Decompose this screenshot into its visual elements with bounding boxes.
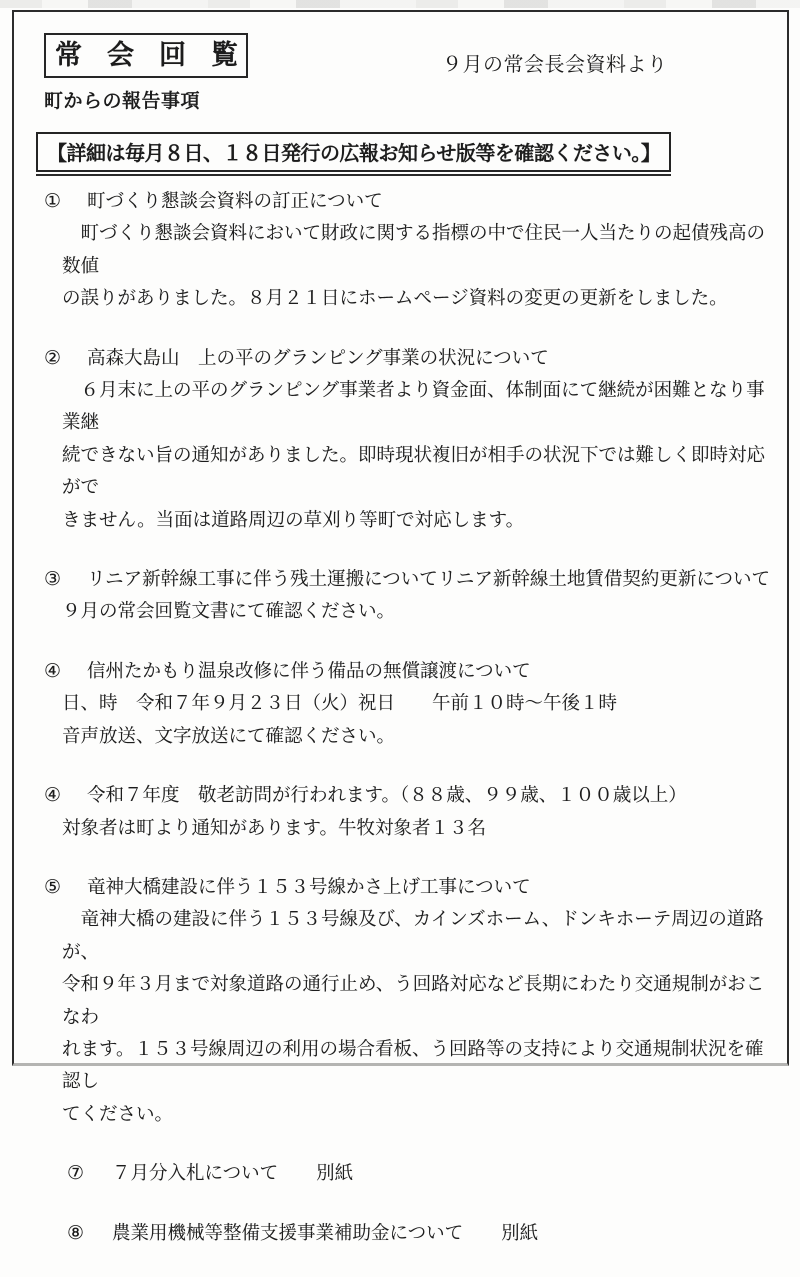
title-box: 常 会 回 覧 xyxy=(44,33,248,78)
report-heading: 町からの報告事項 xyxy=(44,86,200,113)
section-number: ⑤ xyxy=(44,872,87,904)
notice-box: 【詳細は毎月８日、１８日発行の広報お知らせ版等を確認ください。】 xyxy=(36,132,671,172)
section-head: ① 町づくり懇談会資料の訂正について xyxy=(44,186,777,218)
section-title: 信州たかもり温泉改修に伴う備品の無償譲渡について xyxy=(87,656,531,688)
document-title: 常 会 回 覧 xyxy=(55,40,237,70)
section-head: ④ 令和７年度 敬老訪問が行われます。（８８歳、９９歳、１００歳以上） xyxy=(44,780,777,812)
section-4: ④ 信州たかもり温泉改修に伴う備品の無償譲渡について 日、時 令和７年９月２３日… xyxy=(44,656,777,753)
section-title: 高森大島山 上の平のグランピング事業の状況について xyxy=(87,343,549,375)
section-title: リニア新幹線工事に伴う残土運搬についてリニア新幹線土地賃借契約更新について xyxy=(87,564,770,596)
section-body: ６月末に上の平のグランピング事業者より資金面、体制面にて継続が困難となり事業継 … xyxy=(44,375,777,537)
section-number: ② xyxy=(44,343,87,375)
section-title: 町づくり懇談会資料の訂正について xyxy=(87,186,383,218)
section-body: ９月の常会回覧文書にて確認ください。 xyxy=(44,596,777,628)
section-body: 対象者は町より通知があります。牛牧対象者１３名 xyxy=(44,813,777,845)
section-head: ② 高森大島山 上の平のグランピング事業の状況について xyxy=(44,343,777,375)
section-number: ④ xyxy=(44,656,87,688)
section-number: ④ xyxy=(44,780,87,812)
section-head: ③ リニア新幹線工事に伴う残土運搬についてリニア新幹線土地賃借契約更新について xyxy=(44,564,777,596)
document-sheet: 常 会 回 覧 ９月の常会長会資料より 町からの報告事項 【詳細は毎月８日、１８… xyxy=(12,10,789,1066)
section-2: ② 高森大島山 上の平のグランピング事業の状況について ６月末に上の平のグランピ… xyxy=(44,343,777,537)
section-head: ④ 信州たかもり温泉改修に伴う備品の無償譲渡について xyxy=(44,656,777,688)
section-3: ③ リニア新幹線工事に伴う残土運搬についてリニア新幹線土地賃借契約更新について … xyxy=(44,564,777,629)
section-body: 日、時 令和７年９月２３日（火）祝日 午前１０時～午後１時 音声放送、文字放送に… xyxy=(44,688,777,753)
notice-text: 【詳細は毎月８日、１８日発行の広報お知らせ版等を確認ください。】 xyxy=(47,143,660,165)
section-title: 令和７年度 敬老訪問が行われます。（８８歳、９９歳、１００歳以上） xyxy=(87,780,687,812)
section-body: 竜神大橋の建設に伴う１５３号線及び、カインズホーム、ドンキホーテ周辺の道路が、 … xyxy=(44,904,777,1083)
section-head: ⑤ 竜神大橋建設に伴う１５３号線かさ上げ工事について xyxy=(44,872,777,904)
section-number: ① xyxy=(44,186,87,218)
section-number: ③ xyxy=(44,564,87,596)
scan-artifact-band xyxy=(0,0,800,8)
section-1: ① 町づくり懇談会資料の訂正について 町づくり懇談会資料において財政に関する指標… xyxy=(44,186,777,316)
section-title: 竜神大橋建設に伴う１５３号線かさ上げ工事について xyxy=(87,872,531,904)
section-body: 町づくり懇談会資料において財政に関する指標の中で住民一人当たりの起債残高の数値 … xyxy=(44,218,777,315)
source-note: ９月の常会長会資料より xyxy=(442,48,668,77)
section-5: ④ 令和７年度 敬老訪問が行われます。（８８歳、９９歳、１００歳以上） 対象者は… xyxy=(44,780,777,845)
section-6: ⑤ 竜神大橋建設に伴う１５３号線かさ上げ工事について 竜神大橋の建設に伴う１５３… xyxy=(44,872,777,1083)
section-list: ① 町づくり懇談会資料の訂正について 町づくり懇談会資料において財政に関する指標… xyxy=(14,186,791,1083)
